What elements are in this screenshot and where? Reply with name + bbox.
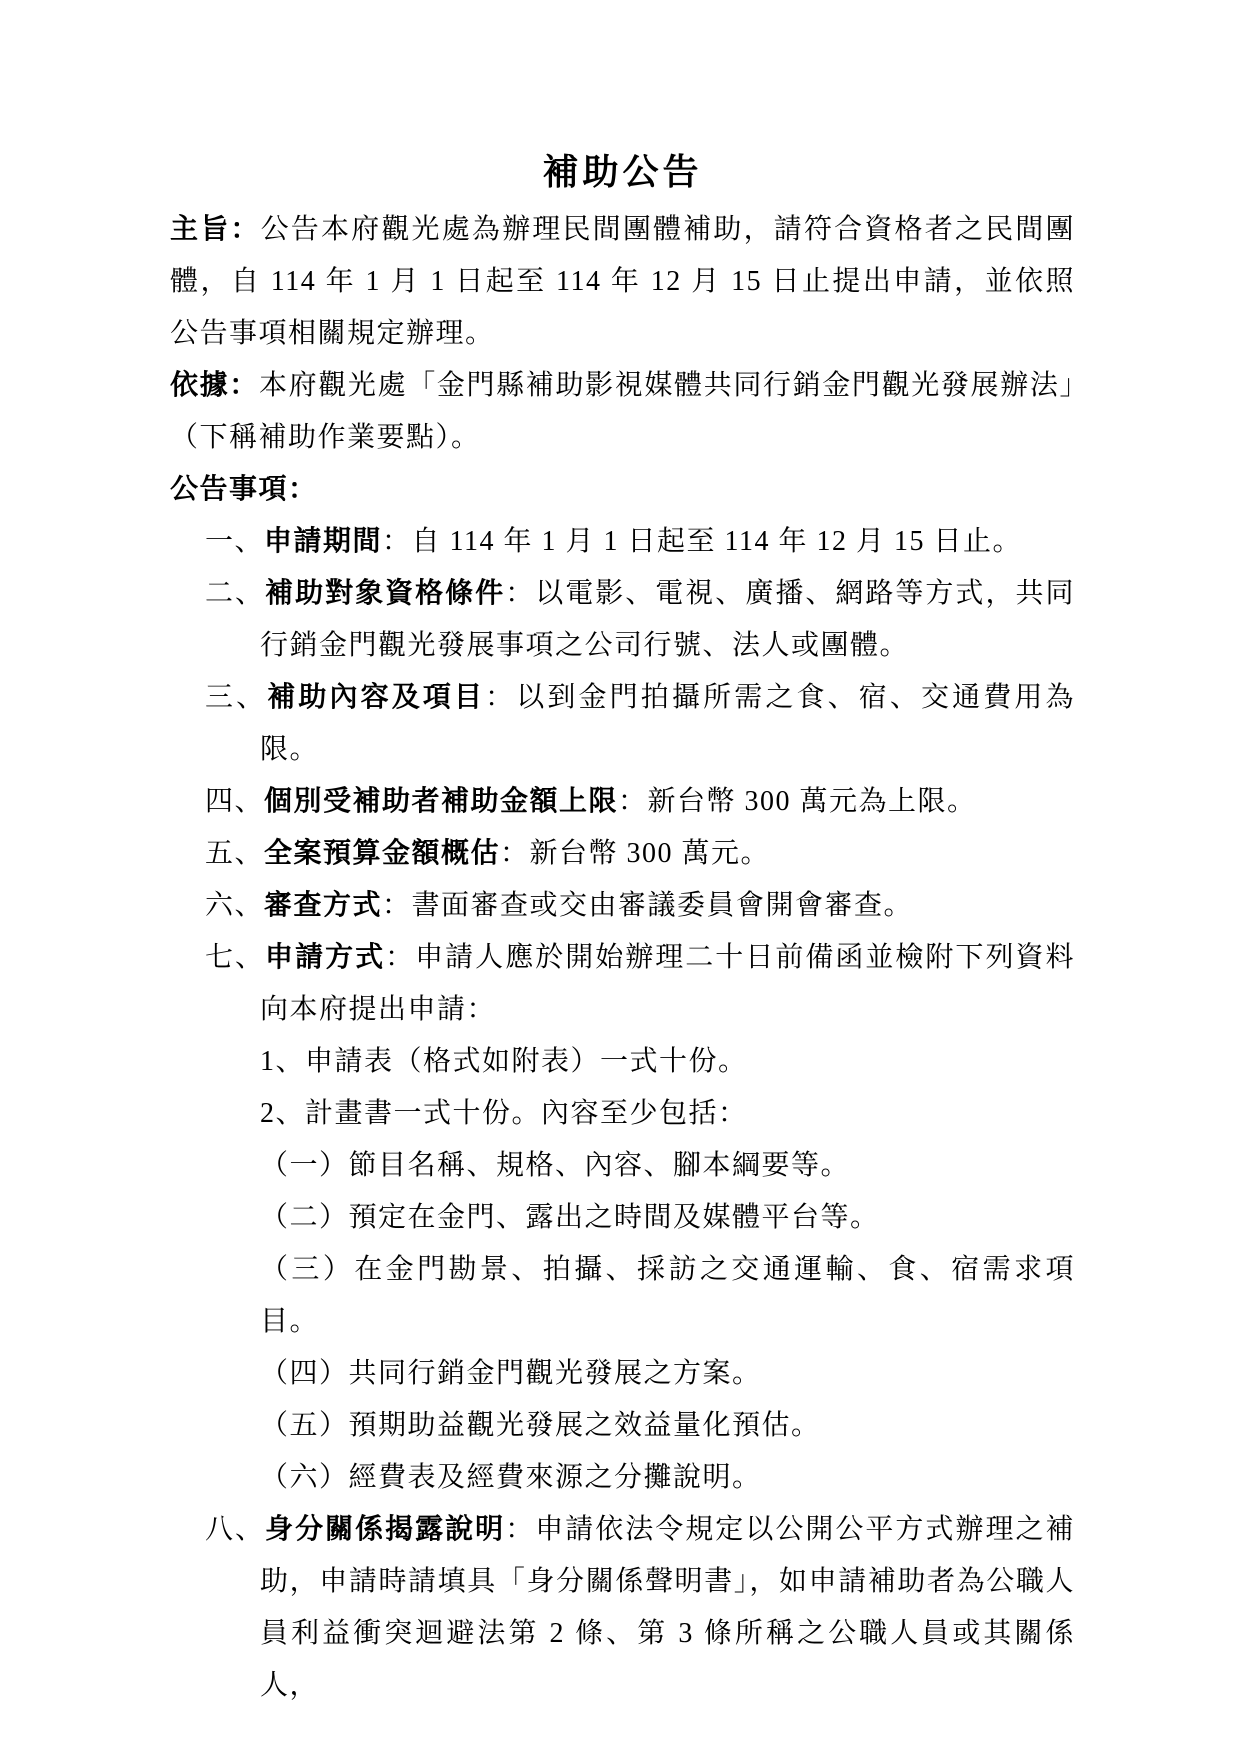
item-text: ：新台幣 300 萬元為上限。 (618, 786, 977, 817)
subject-paragraph: 主旨：公告本府觀光處為辦理民間團體補助，請符合資格者之民間團體，自 114 年 … (170, 204, 1075, 360)
item-term: 全案預算金額概估 (264, 838, 500, 869)
item-review-method: 六、審查方式：書面審查或交由審議委員會開會審查。 (170, 880, 1075, 932)
item-number: 六、 (205, 890, 264, 921)
item-term: 補助對象資格條件 (265, 578, 505, 609)
item-number: 三、 (205, 682, 267, 713)
subitem-plan-content-1: （一）節目名稱、規格、內容、腳本綱要等。 (170, 1140, 1075, 1192)
document-title: 補助公告 (170, 140, 1075, 204)
item-number: 八、 (205, 1514, 265, 1545)
item-subsidy-content: 三、補助內容及項目：以到金門拍攝所需之食、宿、交通費用為限。 (170, 672, 1075, 776)
item-eligibility: 二、補助對象資格條件：以電影、電視、廣播、網路等方式，共同行銷金門觀光發展事項之… (170, 568, 1075, 672)
item-application-period: 一、申請期間：自 114 年 1 月 1 日起至 114 年 12 月 15 日… (170, 516, 1075, 568)
subitem-application-form: 1、申請表（格式如附表）一式十份。 (170, 1036, 1075, 1088)
item-text: ：自 114 年 1 月 1 日起至 114 年 12 月 15 日止。 (382, 526, 1022, 557)
item-number: 二、 (205, 578, 265, 609)
item-application-method: 七、申請方式：申請人應於開始辦理二十日前備函並檢附下列資料向本府提出申請： (170, 932, 1075, 1036)
subitem-plan-content-3: （三）在金門勘景、拍攝、採訪之交通運輸、食、宿需求項目。 (170, 1244, 1075, 1348)
basis-label: 依據： (170, 370, 259, 401)
item-term: 申請期間 (264, 526, 382, 557)
item-individual-cap: 四、個別受補助者補助金額上限：新台幣 300 萬元為上限。 (170, 776, 1075, 828)
subitem-project-plan: 2、計畫書一式十份。內容至少包括： (170, 1088, 1075, 1140)
basis-paragraph: 依據：本府觀光處「金門縣補助影視媒體共同行銷金門觀光發展辦法」（下稱補助作業要點… (170, 360, 1075, 464)
item-term: 身分關係揭露說明 (265, 1514, 505, 1545)
document-page: 補助公告 主旨：公告本府觀光處為辦理民間團體補助，請符合資格者之民間團體，自 1… (0, 0, 1240, 1754)
item-number: 四、 (205, 786, 264, 817)
item-term: 申請方式 (265, 942, 385, 973)
item-term: 個別受補助者補助金額上限 (264, 786, 618, 817)
item-text: ：新台幣 300 萬元。 (500, 838, 770, 869)
item-number: 五、 (205, 838, 264, 869)
subitem-plan-content-6: （六）經費表及經費來源之分攤說明。 (170, 1452, 1075, 1504)
subject-label: 主旨： (170, 214, 261, 245)
item-number: 一、 (205, 526, 264, 557)
basis-text: 本府觀光處「金門縣補助影視媒體共同行銷金門觀光發展辦法」（下稱補助作業要點）。 (170, 370, 1075, 453)
item-text: ：書面審查或交由審議委員會開會審查。 (382, 890, 913, 921)
subitem-plan-content-2: （二）預定在金門、露出之時間及媒體平台等。 (170, 1192, 1075, 1244)
announcement-items-heading: 公告事項： (170, 464, 1075, 516)
subitem-plan-content-4: （四）共同行銷金門觀光發展之方案。 (170, 1348, 1075, 1400)
item-term: 審查方式 (264, 890, 382, 921)
item-number: 七、 (205, 942, 265, 973)
item-identity-disclosure: 八、身分關係揭露說明：申請依法令規定以公開公平方式辦理之補助，申請時請填具「身分… (170, 1504, 1075, 1712)
subject-text: 公告本府觀光處為辦理民間團體補助，請符合資格者之民間團體，自 114 年 1 月… (170, 214, 1075, 349)
subitem-plan-content-5: （五）預期助益觀光發展之效益量化預估。 (170, 1400, 1075, 1452)
item-total-budget: 五、全案預算金額概估：新台幣 300 萬元。 (170, 828, 1075, 880)
item-term: 補助內容及項目 (267, 682, 485, 713)
